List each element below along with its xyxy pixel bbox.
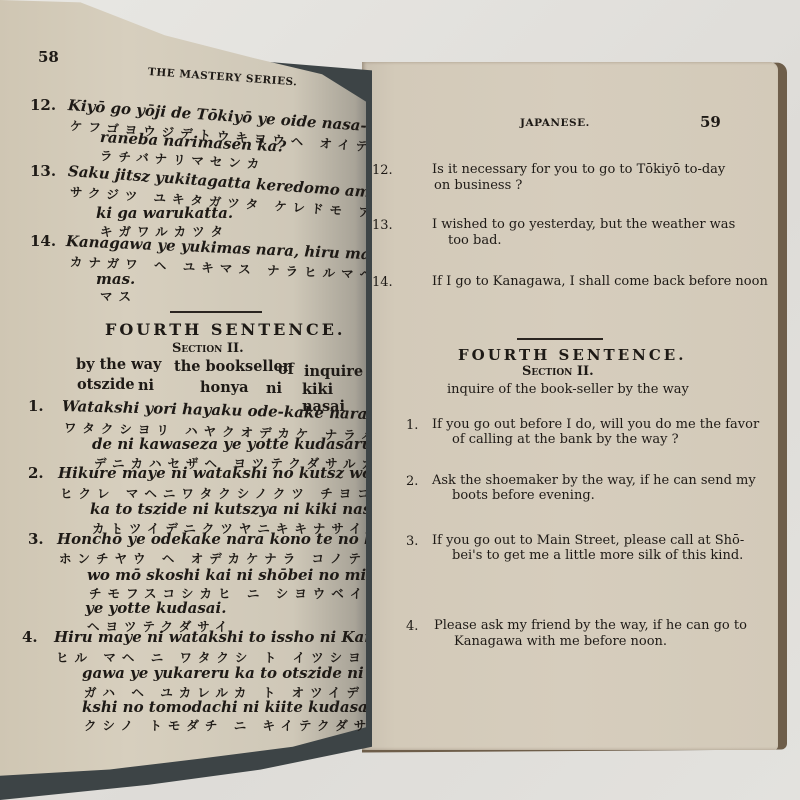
right-item-number: 12.	[372, 163, 393, 178]
left-page-number: 58	[38, 48, 59, 66]
left-item-number: 14.	[30, 232, 56, 250]
left-running-head: THE MASTERY SERIES.	[148, 66, 298, 88]
romaji-line: Honchō ye odekake nara kono te no kinu	[57, 530, 366, 548]
right-item-number: 4.	[406, 619, 418, 634]
romaji-line: Hiru maye ni watakshi to issho ni Kana-	[54, 628, 366, 646]
left-item-number: 12.	[30, 96, 56, 114]
right-gloss: inquire of the book-seller by the way	[447, 382, 689, 397]
gloss-japanese: ni	[266, 380, 282, 397]
gloss-japanese: otszide	[77, 376, 135, 393]
right-section-title: Section II.	[522, 364, 594, 379]
right-item-line: Kanagawa with me before noon.	[454, 634, 667, 649]
right-item-line: on business ?	[434, 178, 522, 193]
romaji-line: gawa ye yukareru ka to otszide ni wata-	[82, 664, 366, 682]
gloss-english: inquire	[304, 363, 363, 380]
left-item-number: 4.	[22, 628, 38, 646]
romaji-line: de ni kawaseza ye yotte kudasaru ka!	[92, 435, 366, 453]
romaji-line: ka to tszide ni kutszya ni kiki nasai.	[90, 500, 366, 518]
left-page-content: 58 THE MASTERY SERIES. 12. Kiyō go yōji …	[0, 0, 366, 782]
katakana-line: ホンチヤウ ヘ オデカケナラ コノテノキヌ	[59, 549, 366, 567]
right-item-line: of calling at the bank by the way ?	[452, 432, 679, 447]
gloss-english: of	[278, 361, 294, 378]
right-page-content: JAPANESE. 59 12. Is it necessary for you…	[362, 62, 778, 750]
right-running-head: JAPANESE.	[520, 117, 590, 129]
section-divider	[517, 338, 603, 340]
right-item-line: If you go out to Main Street, please cal…	[432, 533, 744, 548]
right-item-line: boots before evening.	[452, 488, 595, 503]
right-item-line: If you go out before I do, will you do m…	[432, 417, 759, 432]
right-item-line: I wished to go yesterday, but the weathe…	[432, 217, 735, 232]
right-heading: FOURTH SENTENCE.	[458, 346, 686, 364]
right-item-number: 2.	[406, 474, 418, 489]
right-item-number: 14.	[372, 275, 393, 290]
right-item-line: If I go to Kanagawa, I shall come back b…	[432, 274, 768, 289]
section-divider	[170, 311, 262, 313]
right-item-line: Please ask my friend by the way, if he c…	[434, 618, 747, 633]
right-item-line: bei's to get me a little more silk of th…	[452, 548, 743, 563]
romaji-line: kshi no tomodachi ni kiite kudasai.	[82, 698, 366, 716]
katakana-line: クシノ トモダチ ニ キイテクダサイ	[84, 716, 366, 734]
gloss-japanese: ni	[138, 377, 154, 394]
right-item-number: 3.	[406, 534, 418, 549]
right-item-number: 13.	[372, 218, 393, 233]
romaji-line: Hikure maye ni watakshi no kutsz wo yoko…	[58, 464, 366, 482]
right-item-line: too bad.	[448, 233, 502, 248]
romaji-line: ki ga warukatta.	[96, 204, 233, 222]
katakana-line: マス	[100, 287, 137, 305]
gloss-english: the bookseller	[174, 358, 290, 375]
gloss-english: by the way	[76, 356, 161, 373]
romaji-line: mas.	[96, 270, 135, 288]
left-item-number: 3.	[28, 530, 44, 548]
left-heading: FOURTH SENTENCE.	[105, 320, 345, 339]
romaji-line: wo mō skoshi kai ni shōbei no mise	[87, 566, 366, 584]
gloss-japanese: honya	[200, 379, 249, 396]
right-item-number: 1.	[406, 418, 418, 433]
romaji-line: ye yotte kudasai.	[85, 599, 226, 617]
left-item-number: 2.	[28, 464, 44, 482]
left-item-number: 13.	[30, 162, 56, 180]
right-item-line: Ask the shoemaker by the way, if he can …	[432, 473, 756, 488]
right-item-line: Is it necessary for you to go to Tōkiyō …	[432, 162, 725, 177]
left-item-number: 1.	[28, 397, 44, 415]
right-page-number: 59	[700, 113, 721, 131]
left-section-title: Section II.	[172, 341, 244, 356]
